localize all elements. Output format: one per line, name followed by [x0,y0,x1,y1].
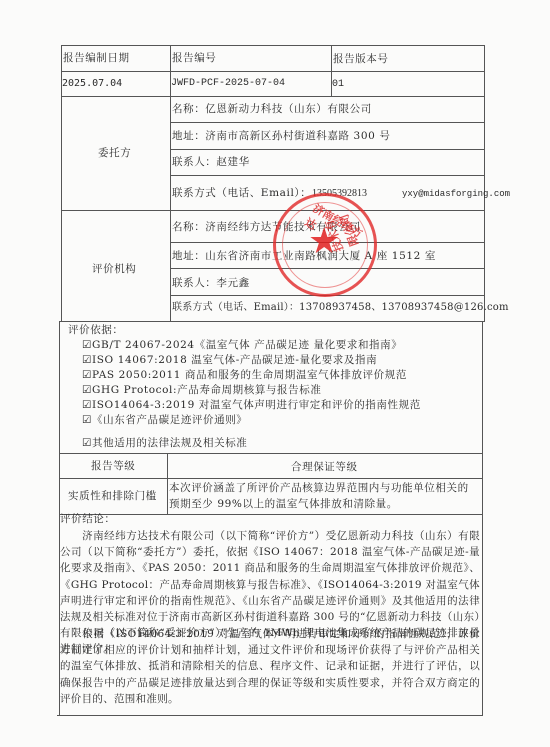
table-border [484,45,485,321]
evaluator-name: 名称：济南经纬方达节能技术有限公司 [172,220,361,234]
table-border [170,268,484,269]
evaluator-contact: 联系人：李元鑫 [172,276,250,290]
table-border [59,478,483,479]
table-border [167,453,168,514]
basis-item: ☑ISO 14067:2018 温室气体-产品碳足迹-量化要求及指南 [82,353,377,367]
table-border [170,122,484,123]
table-border [59,453,483,454]
basis-item: ☑《山东省产品碳足迹评价通则》 [82,413,247,427]
client-contact: 联系人：赵建华 [172,155,250,169]
evaluator-contact-info: 联系方式（电话、Email）：13708937458、13708937458@1… [172,301,509,315]
table-border [59,321,485,322]
basis-title: 评价依据： [68,323,124,337]
client-phone: 13505392813 [312,187,367,201]
threshold-line1: 本次评价涵盖了所评价产品核算边界范围内与功能单位相关的 [169,481,469,495]
conclusion-title: 评价结论： [60,512,116,526]
client-contact-info-label: 联系方式（电话、Email）： [172,186,311,200]
evaluator-section-label: 评价机构 [92,262,136,276]
seal-inner-ring [282,202,368,288]
table-border [482,321,483,715]
client-section-label: 委托方 [98,146,131,160]
client-name: 名称：亿恩新动力科技（山东）有限公司 [172,102,372,116]
table-border [170,242,484,243]
report-version-value: 01 [332,78,344,92]
evaluator-address: 地址：山东省济南市工业南路枫润大厦 A 座 1512 室 [172,249,436,263]
threshold-line2: 预期至少 99%以上的温室气体排放和清除量。 [169,497,398,511]
report-level-value: 合理保证等级 [291,460,358,474]
table-border [170,295,484,296]
threshold-label: 实质性和排除门槛 [68,489,157,503]
basis-item: ☑GHG Protocol:产品寿命周期核算与报告标准 [82,383,321,397]
conclusion-paragraph-2: 根据《ISO14064-3:2019 对温室气体声明进行审定和评价的指南性规范》… [60,626,480,707]
table-border [61,210,485,211]
report-date-label: 报告编制日期 [63,51,130,65]
basis-item: ☑其他适用的法律法规及相关标准 [82,436,247,450]
table-border [170,175,484,176]
table-border [57,715,483,716]
report-no-value: JWFD-PCF-2025-07-04 [171,77,285,91]
table-border [61,96,485,97]
basis-item: ☑GB/T 24067-2024《温室气体 产品碳足迹 量化要求和指南》 [82,338,402,352]
table-border [170,149,484,150]
table-border [61,71,485,72]
report-level-label: 报告等级 [91,459,135,473]
report-version-label: 报告版本号 [333,52,389,66]
table-border [59,514,483,515]
client-address: 地址：济南市高新区孙村街道科嘉路 300 号 [172,129,390,143]
report-date-value: 2025.07.04 [62,77,122,91]
basis-item: ☑ISO14064-3:2019 对温室气体声明进行审定和评价的指南性规范 [82,398,421,412]
basis-item: ☑PAS 2050:2011 商品和服务的生命周期温室气体排放评价规范 [82,368,407,382]
table-border [61,45,485,46]
company-seal: ★ 济南经纬方达 技术有限公司 [273,193,377,297]
report-no-label: 报告编号 [172,51,216,65]
client-email: yxy@midasforging.com [402,187,510,201]
report-page: 报告编制日期 报告编号 报告版本号 2025.07.04 JWFD-PCF-20… [0,0,550,747]
